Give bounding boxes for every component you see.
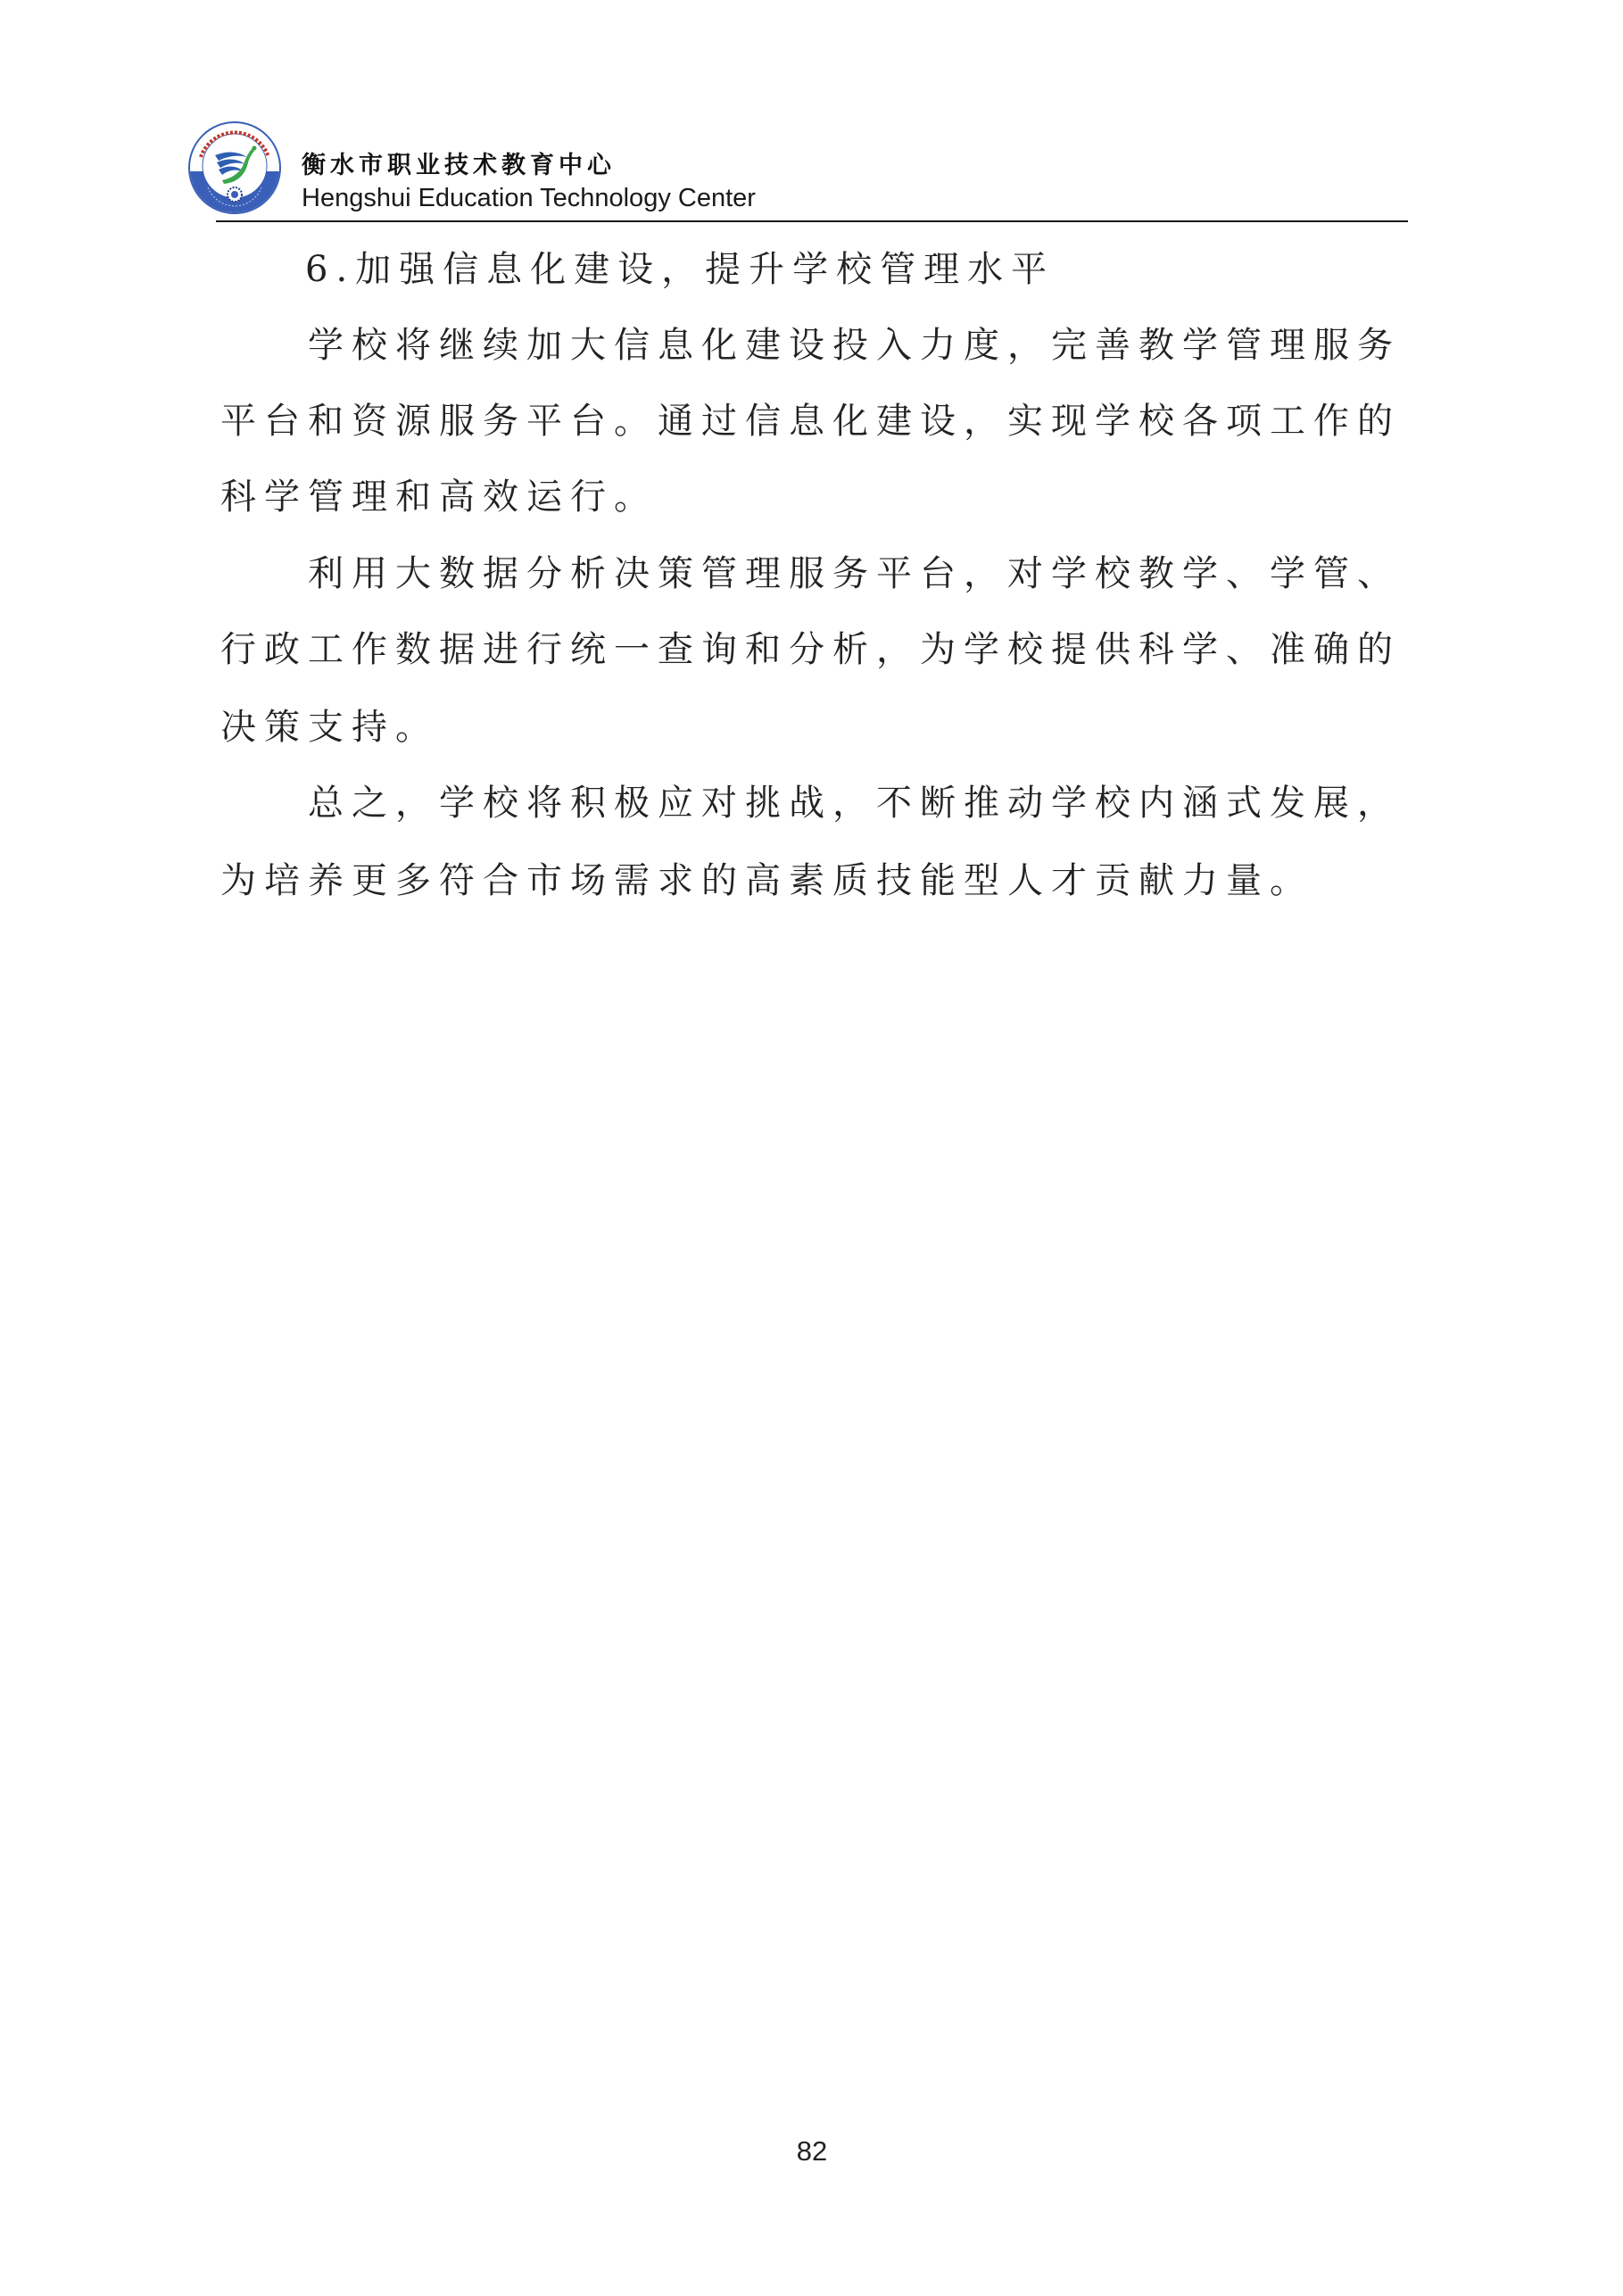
- paragraph-line: 行政工作数据进行统一查询和分析，为学校提供科学、准确的: [220, 627, 1401, 672]
- school-emblem-icon: [188, 121, 281, 214]
- document-page: 衡水市职业技术教育中心 Hengshui Education Technolog…: [0, 0, 1623, 2296]
- paragraph-line: 科学管理和高效运行。: [220, 475, 658, 519]
- paragraph-line: 决策支持。: [220, 705, 439, 750]
- section-heading: 6.加强信息化建设，提升学校管理水平: [305, 247, 1055, 292]
- org-name-chinese: 衡水市职业技术教育中心: [302, 150, 616, 182]
- paragraph-line: 学校将继续加大信息化建设投入力度，完善教学管理服务: [308, 323, 1401, 368]
- paragraph-line: 为培养更多符合市场需求的高素质技能型人才贡献力量。: [220, 858, 1313, 903]
- org-name-english: Hengshui Education Technology Center: [302, 183, 756, 213]
- paragraph-line: 利用大数据分析决策管理服务平台，对学校教学、学管、: [308, 551, 1401, 596]
- header-divider: [216, 220, 1408, 222]
- page-number: 82: [785, 2136, 839, 2167]
- paragraph-line: 平台和资源服务平台。通过信息化建设，实现学校各项工作的: [220, 399, 1401, 443]
- paragraph-line: 总之，学校将积极应对挑战，不断推动学校内涵式发展，: [308, 781, 1401, 825]
